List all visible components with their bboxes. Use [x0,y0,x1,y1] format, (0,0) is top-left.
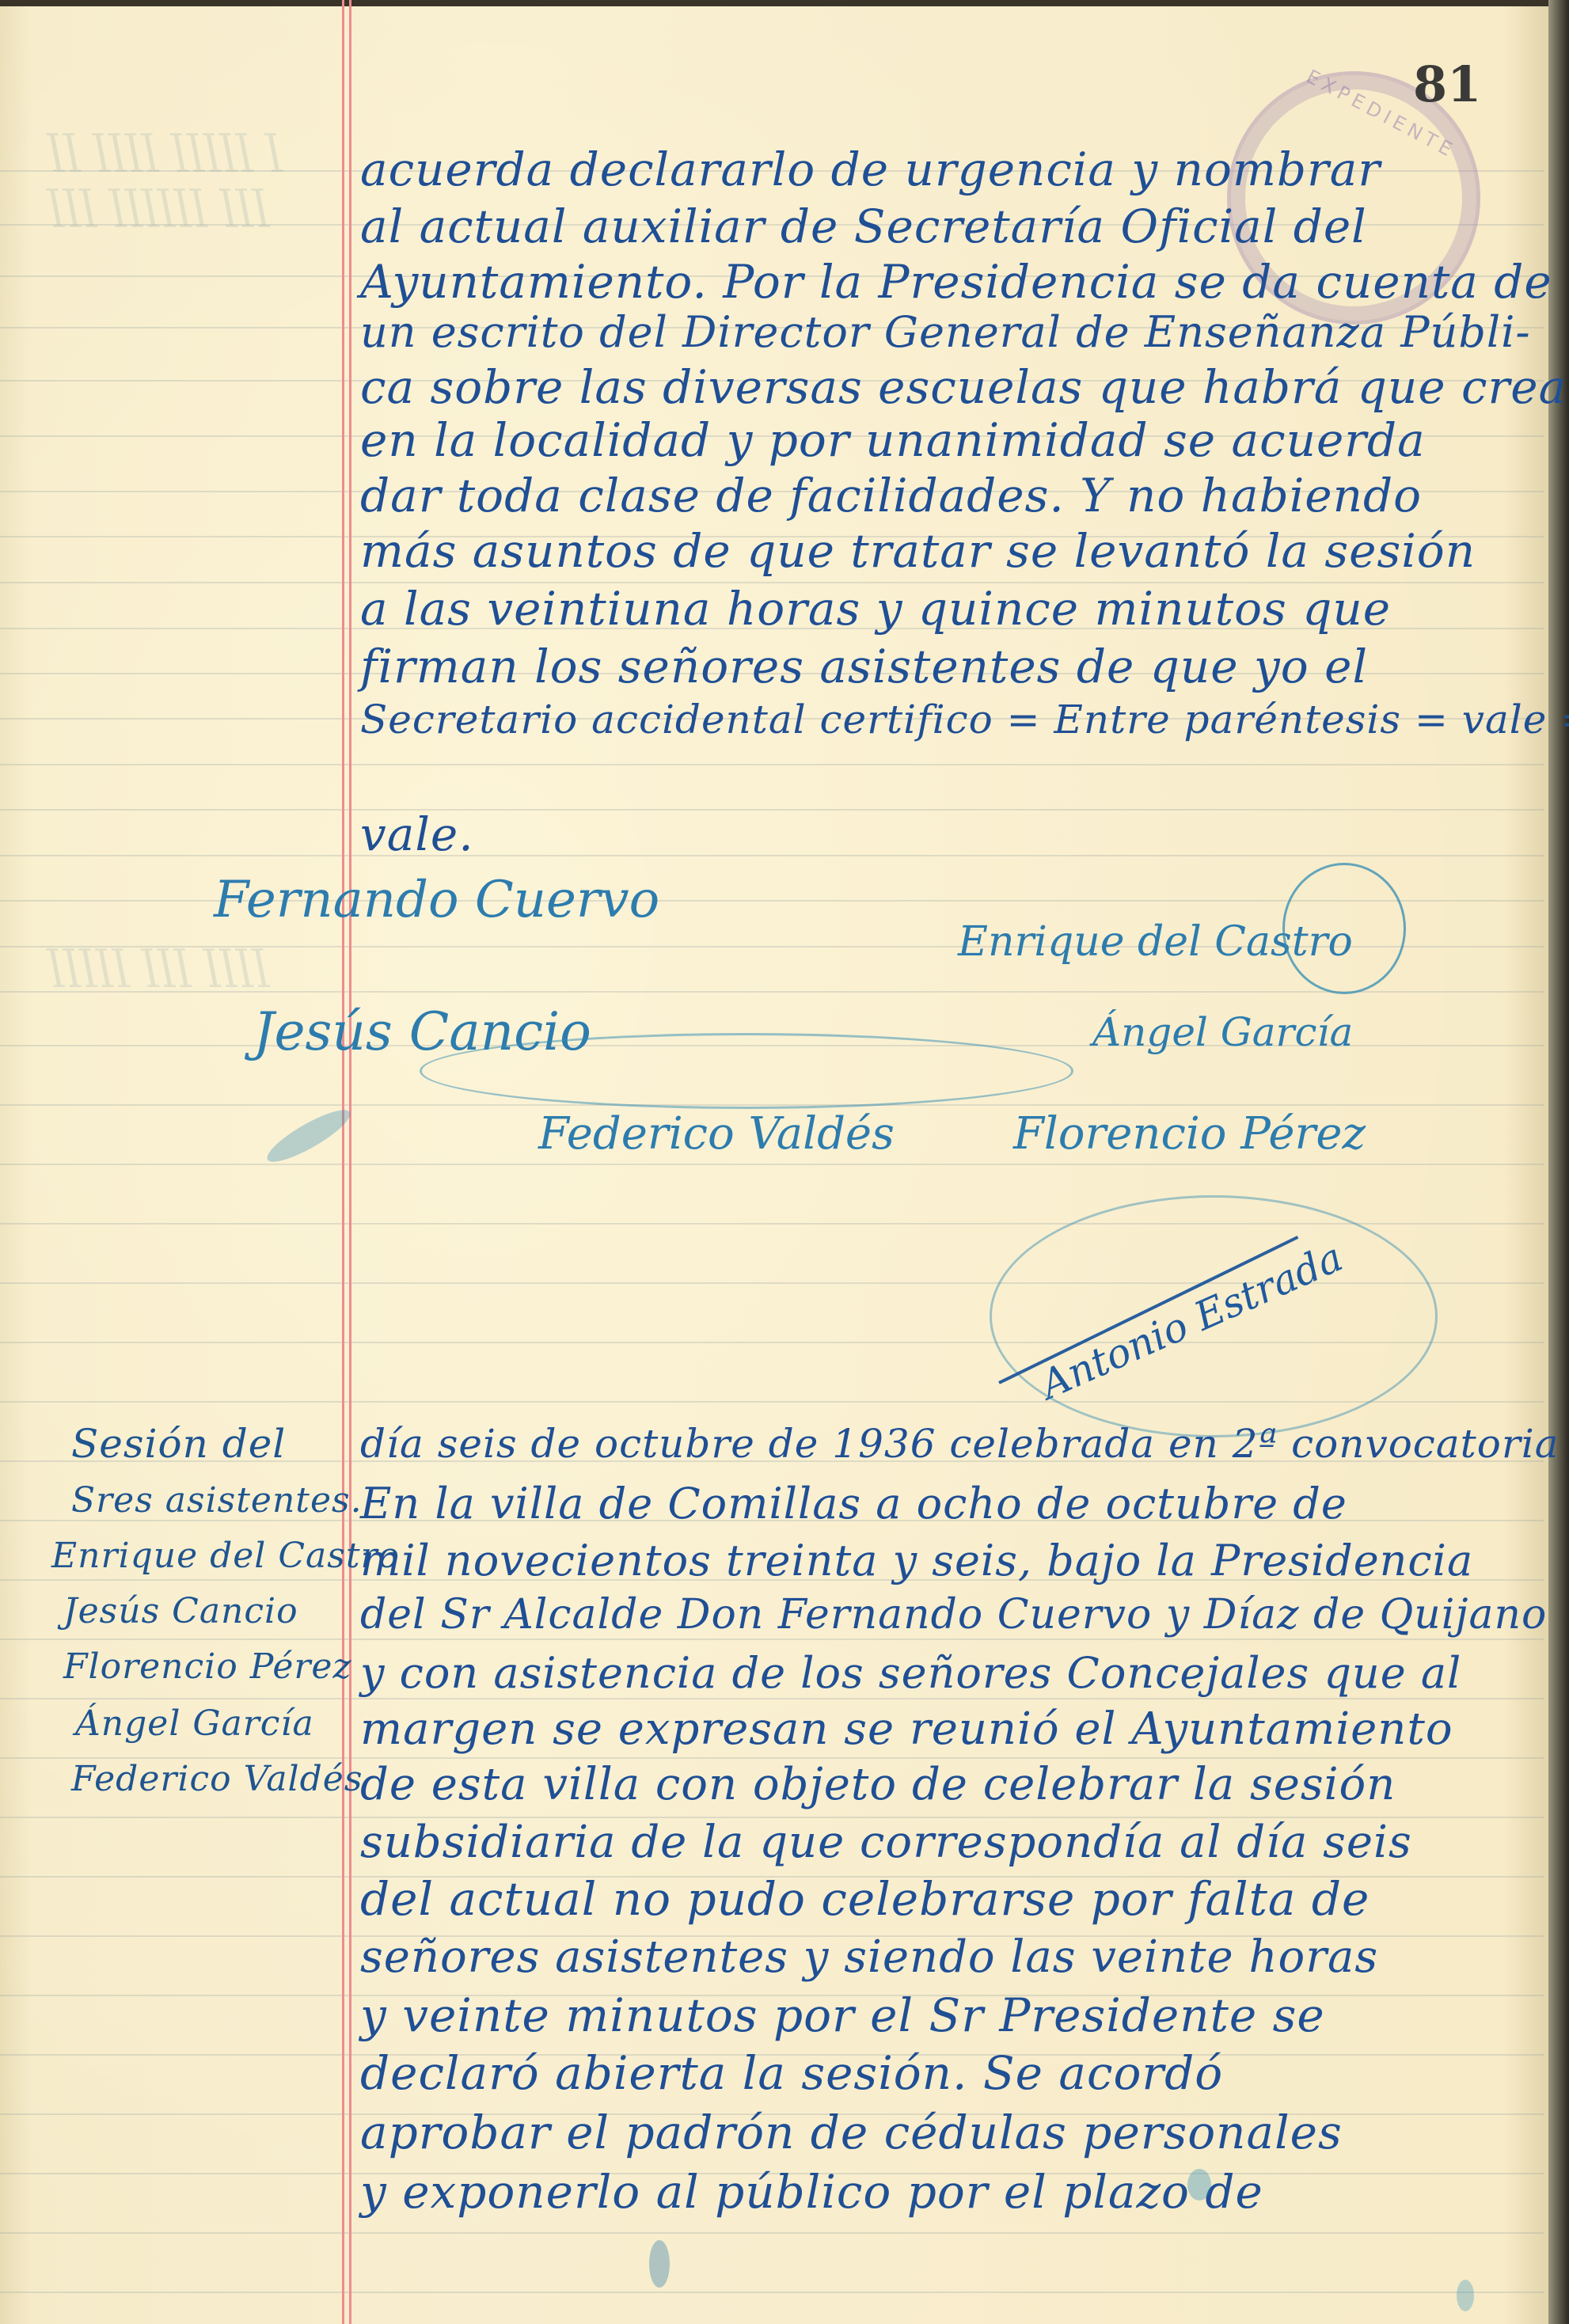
book-binding-edge [1548,0,1569,2324]
signature-florencio-perez: Florencio Pérez [1013,1108,1366,1160]
continuation-line: dar toda clase de facilidades. Y no habi… [360,469,1422,522]
ruled-line [0,764,1544,765]
ruled-line [0,1164,1544,1165]
session-line: margen se expresan se reunió el Ayuntami… [360,1703,1453,1755]
session-line: y veinte minutos por el Sr Presidente se [360,1988,1325,2042]
ruled-line [0,809,1544,811]
session-line: subsidiaria de la que correspondía al dí… [360,1817,1412,1868]
ink-stain [649,2240,670,2288]
session-line: de esta villa con objeto de celebrar la … [360,1759,1396,1810]
continuation-line: Ayuntamiento. Por la Presidencia se da c… [360,255,1552,309]
margin-attendee: Ángel García [75,1703,314,1744]
session-line: señores asistentes y siendo las veinte h… [360,1931,1378,1983]
continuation-line: un escrito del Director General de Enseñ… [360,307,1531,357]
ruled-line [0,855,1544,856]
continuation-line: ca sobre las diversas escuelas que habrá… [360,360,1569,414]
continuation-line: Secretario accidental certifico = Entre … [360,697,1569,742]
signature-federico-valdes: Federico Valdés [538,1108,895,1160]
signature-angel-garcia: Ángel García [1092,1009,1353,1055]
session-line: del Sr Alcalde Don Fernando Cuervo y Día… [360,1591,1547,1639]
continuation-line: al actual auxiliar de Secretaría Oficial… [360,199,1367,253]
session-line: En la villa de Comillas a ocho de octubr… [360,1479,1347,1528]
margin-attendee: Jesús Cancio [63,1591,298,1631]
continuation-line: más asuntos de que tratar se levantó la … [360,524,1476,578]
book-top-edge [0,0,1569,6]
session-line: aprobar el padrón de cédulas personales [360,2106,1343,2159]
continuation-line: en la localidad y por unanimidad se acue… [360,413,1426,467]
ruled-line [0,1639,1544,1640]
session-line: y con asistencia de los señores Concejal… [360,1648,1461,1698]
signature-fernando-cuervo: Fernando Cuervo [214,871,659,929]
ink-stain [1457,2280,1474,2311]
bleed-through-text: ꟾ ꟾꟾꟾꟾꟾ ꟾꟾꟾꟾ ꟾꟾ [47,135,282,182]
signature-flourish [1282,863,1406,994]
session-line: declaró abierta la sesión. Se acordó [360,2046,1223,2100]
bleed-through-text: ꟾꟾꟾ ꟾꟾꟾꟾꟾꟾ ꟾꟾꟾ [47,190,269,237]
margin-session-heading: Sesión del [71,1421,286,1467]
margin-rule-right [349,0,351,2324]
session-line: mil novecientos treinta y seis, bajo la … [360,1536,1473,1585]
margin-rule-left [342,0,344,2324]
ruled-line [0,2292,1544,2293]
page-number: 81 [1413,55,1481,113]
margin-attendee: Florencio Pérez [63,1646,352,1687]
continuation-line: vale. [360,807,474,861]
continuation-line: firman los señores asistentes de que yo … [360,640,1368,693]
ink-stain [1187,2169,1211,2201]
continuation-line: acuerda declararlo de urgencia y nombrar [360,142,1381,196]
continuation-line: a las veintiuna horas y quince minutos q… [360,582,1391,636]
signature-flourish [420,1033,1073,1109]
margin-attendee: Federico Valdés [71,1759,363,1799]
ruled-line [0,2232,1544,2234]
ruled-line [0,1698,1544,1699]
session-line: y exponerlo al público por el plazo de [360,2165,1263,2219]
session-line: del actual no pudo celebrarse por falta … [360,1872,1370,1926]
signature-flourish [990,1195,1438,1437]
bleed-through-text: ꟾꟾꟾꟾ ꟾꟾꟾ ꟾꟾꟾꟾꟾ [47,950,269,997]
margin-attendee: Enrique del Castro [51,1536,400,1576]
margin-attendees-heading: Sres asistentes. [71,1480,363,1521]
session-line: día seis de octubre de 1936 celebrada en… [360,1421,1569,1467]
